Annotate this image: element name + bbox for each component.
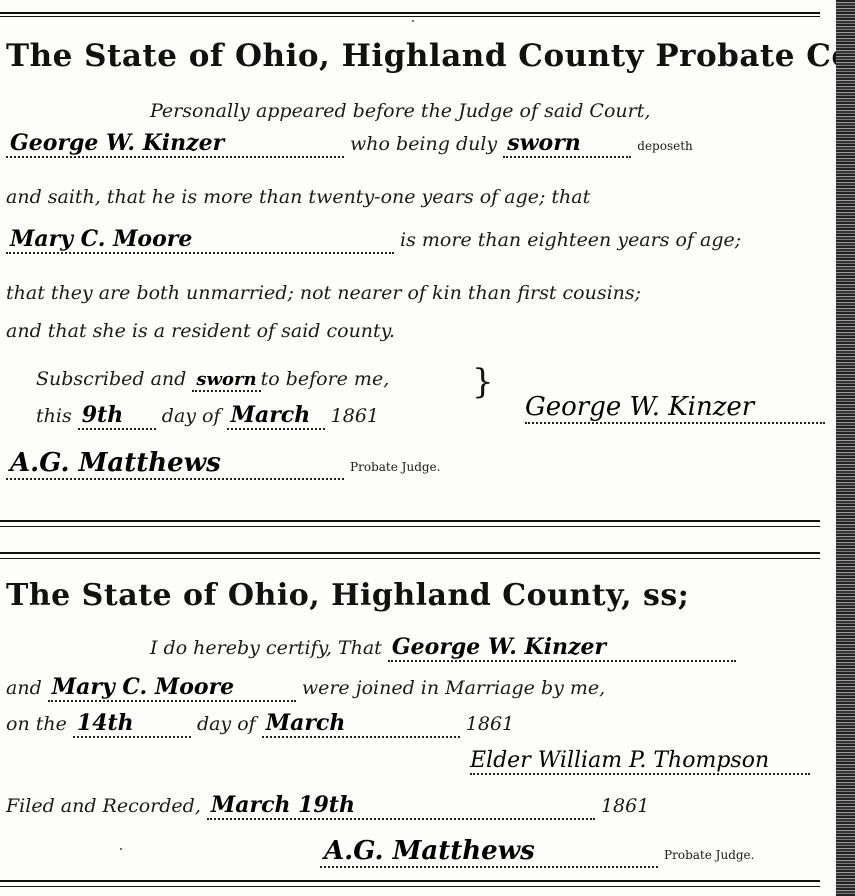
judge-title-2: Probate Judge.: [664, 848, 754, 862]
top-rule: [0, 12, 820, 14]
judge-line-1: A.G. Matthews Probate Judge.: [6, 448, 440, 480]
marriage-month-field: March: [262, 710, 460, 738]
scan-edge: [836, 0, 855, 896]
sworn-field: sworn: [503, 130, 631, 158]
document-page: The State of Ohio, Highland County Proba…: [0, 0, 836, 896]
groom-name-field: George W. Kinzer: [388, 634, 736, 662]
divider-rule-2b: [0, 558, 820, 559]
judge-signature-2: A.G. Matthews: [320, 836, 658, 868]
judge-title-1: Probate Judge.: [350, 460, 440, 474]
affidavit-line-5: that they are both unmarried; not nearer…: [6, 282, 641, 304]
bride-name-field: Mary C. Moore: [6, 226, 394, 254]
joined-label: were joined in Marriage by me,: [302, 677, 605, 699]
subscribed-line: Subscribed and swornto before me,: [36, 368, 389, 392]
filed-year: 1861: [601, 795, 649, 817]
brace: }: [472, 362, 494, 402]
marriage-day-field: 14th: [73, 710, 191, 738]
certify-line: I do hereby certify, That George W. Kinz…: [150, 634, 736, 662]
divider-rule-1: [0, 520, 820, 522]
affidavit-month-field: March: [227, 402, 325, 430]
joined-line: and Mary C. Moore were joined in Marriag…: [6, 674, 605, 702]
affidavit-line-1: Personally appeared before the Judge of …: [150, 100, 650, 122]
day-of-label: day of: [162, 405, 221, 427]
affidavit-line-2: George W. Kinzer who being duly sworn de…: [6, 130, 693, 158]
affidavit-line-6: and that she is a resident of said count…: [6, 320, 395, 342]
deposeth-label: deposeth: [637, 139, 693, 153]
affidavit-intro: Personally appeared before the Judge of …: [150, 100, 650, 122]
applicant-signature: George W. Kinzer: [525, 392, 825, 424]
subscribed-label: Subscribed and: [36, 368, 186, 390]
filed-line: Filed and Recorded, March 19th 1861: [6, 792, 649, 820]
date-line: this 9th day of March 1861: [36, 402, 379, 430]
certificate-bride-field: Mary C. Moore: [48, 674, 296, 702]
bottom-rule-thin: [0, 886, 820, 887]
scan-speck: [412, 20, 414, 22]
eighteen-label: is more than eighteen years of age;: [400, 229, 741, 251]
judge-line-2: A.G. Matthews Probate Judge.: [320, 836, 754, 868]
affidavit-line-3: and saith, that he is more than twenty-o…: [6, 186, 590, 208]
top-rule-thin: [0, 16, 820, 17]
scan-speck: [120, 848, 122, 850]
sworn-label: who being duly: [350, 133, 497, 155]
divider-rule-1b: [0, 526, 820, 527]
and-label: and: [6, 677, 42, 699]
marriage-year: 1861: [466, 713, 514, 735]
affidavit-line-4: Mary C. Moore is more than eighteen year…: [6, 226, 741, 254]
judge-signature-1: A.G. Matthews: [6, 448, 344, 480]
affidavit-day-field: 9th: [78, 402, 156, 430]
filed-label: Filed and Recorded,: [6, 795, 201, 817]
bottom-rule: [0, 880, 820, 882]
affidavit-year: 1861: [331, 405, 379, 427]
marriage-date-line: on the 14th day of March 1861: [6, 710, 514, 738]
affidavit-heading: The State of Ohio, Highland County Proba…: [6, 38, 855, 74]
applicant-name-field: George W. Kinzer: [6, 130, 344, 158]
certify-label: I do hereby certify, That: [150, 637, 382, 659]
certificate-heading: The State of Ohio, Highland County, ss;: [6, 578, 689, 613]
officiant-signature: Elder William P. Thompson: [470, 748, 810, 775]
divider-rule-2: [0, 552, 820, 554]
on-the-label: on the: [6, 713, 67, 735]
subscribed-sworn-field: sworn: [192, 369, 260, 392]
day-of-label-2: day of: [197, 713, 256, 735]
this-label: this: [36, 405, 72, 427]
before-me-label: to before me,: [261, 368, 390, 390]
filed-date-field: March 19th: [207, 792, 595, 820]
